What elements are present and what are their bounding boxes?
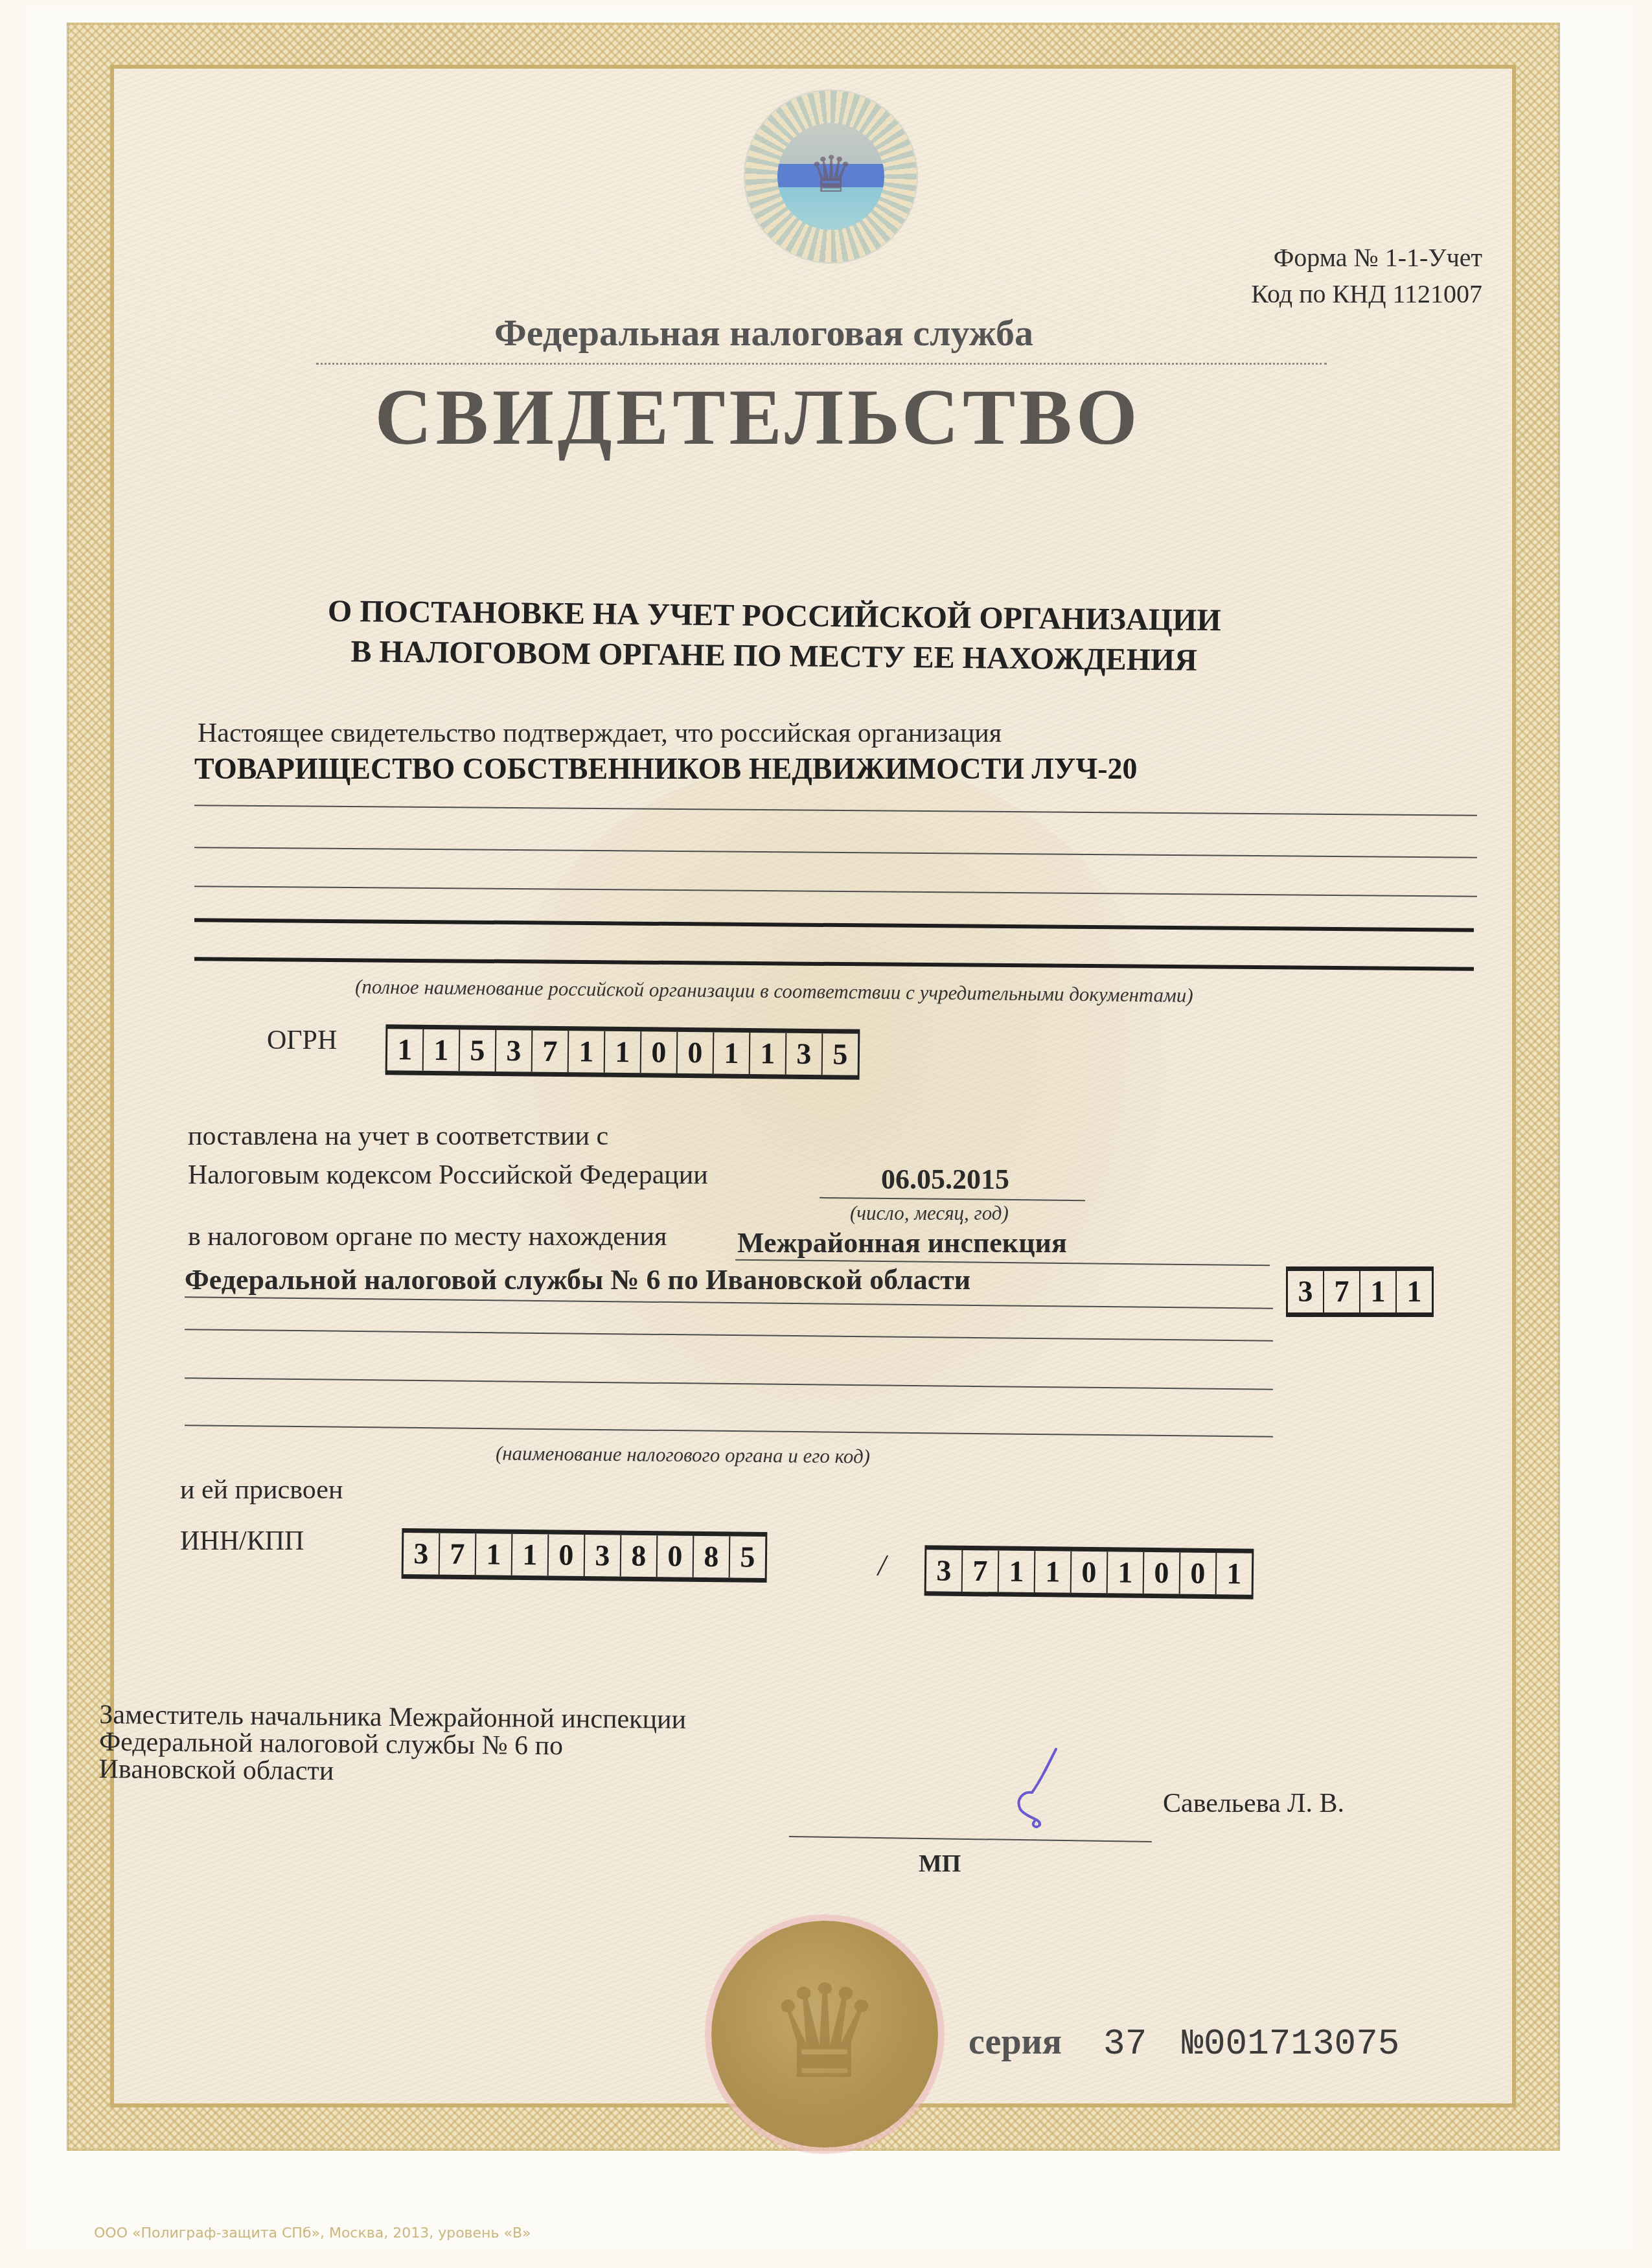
inn-digit: 8 — [694, 1536, 731, 1578]
serial-series: 37 — [1103, 2023, 1147, 2065]
serial-number: серия 37 №001713075 — [969, 2021, 1425, 2065]
ogrn-digit: 1 — [387, 1029, 424, 1071]
kpp-digit: 1 — [1217, 1553, 1252, 1595]
kpp-digit: 0 — [1144, 1552, 1181, 1594]
ogrn-digit: 7 — [533, 1031, 569, 1073]
double-headed-eagle-icon: ♛ — [809, 139, 854, 211]
printer-imprint: ООО «Полиграф-защита СПб», Москва, 2013,… — [94, 2225, 531, 2241]
inn-digit: 1 — [512, 1534, 549, 1576]
agency-name: Федеральная налоговая служба — [0, 311, 1590, 354]
authority-intro: в налоговом органе по месту нахождения — [188, 1221, 667, 1252]
kpp-digit: 1 — [1108, 1552, 1145, 1594]
ogrn-digit: 1 — [569, 1031, 606, 1073]
ogrn-digit: 1 — [750, 1033, 787, 1075]
assignment-intro: и ей присвоен — [180, 1474, 343, 1506]
kpp-digit: 0 — [1180, 1552, 1217, 1594]
signatory-name: Савельева Л. В. — [1163, 1788, 1344, 1819]
authority-name-part-1: Межрайонная инспекция — [737, 1226, 1067, 1259]
authority-code-digit-box: 3711 — [1286, 1266, 1434, 1317]
stamp-placeholder-label: МП — [919, 1850, 961, 1878]
ogrn-digit: 5 — [460, 1029, 497, 1071]
ogrn-digit: 3 — [786, 1033, 823, 1075]
inn-digit: 0 — [549, 1534, 586, 1576]
ogrn-digit: 0 — [678, 1032, 715, 1074]
authority-code-digit: 7 — [1324, 1271, 1360, 1312]
ogrn-digit: 5 — [823, 1033, 858, 1075]
inn-digit: 3 — [404, 1533, 441, 1575]
kpp-digit: 1 — [999, 1551, 1036, 1593]
ogrn-digit-box: 1153711001135 — [385, 1024, 860, 1080]
kpp-digit: 3 — [926, 1550, 963, 1592]
form-number: Форма № 1-1-Учет — [1251, 240, 1482, 276]
agency-divider — [316, 363, 1327, 365]
registration-line-2: Налоговым кодексом Российской Федерации — [188, 1160, 708, 1191]
handwritten-signature-icon — [994, 1746, 1066, 1830]
authority-code-digit: 1 — [1360, 1271, 1397, 1312]
organization-name: ТОВАРИЩЕСТВО СОБСТВЕННИКОВ НЕДВИЖИМОСТИ … — [194, 751, 1138, 786]
serial-label: серия — [969, 2022, 1062, 2062]
kpp-digit: 7 — [963, 1550, 1000, 1592]
inn-kpp-label: ИНН/КПП — [180, 1526, 304, 1557]
ogrn-digit: 0 — [641, 1031, 678, 1073]
gold-seal: ♛ — [711, 1921, 938, 2148]
ogrn-digit: 1 — [714, 1032, 751, 1074]
inn-digit: 3 — [585, 1535, 622, 1577]
kpp-digit: 1 — [1035, 1551, 1072, 1593]
registration-line-1: поставлена на учет в соответствии с — [188, 1121, 608, 1152]
authority-name-part-2: Федеральной налоговой службы № 6 по Иван… — [185, 1263, 970, 1296]
ogrn-digit: 1 — [605, 1031, 642, 1073]
form-identifier: Форма № 1-1-Учет Код по КНД 1121007 — [1251, 240, 1482, 312]
inn-kpp-separator: / — [878, 1548, 886, 1583]
intro-text: Настоящее свидетельство подтверждает, чт… — [198, 718, 1002, 749]
inn-digit: 1 — [476, 1533, 513, 1575]
signatory-position: Заместитель начальника Межрайонной инспе… — [98, 1701, 686, 1788]
document-title: СВИДЕТЕЛЬСТВО — [0, 372, 1584, 463]
inn-digit: 7 — [440, 1533, 477, 1575]
inn-digit-box: 3711038085 — [402, 1528, 768, 1583]
coat-of-arms-watermark-icon — [492, 764, 1166, 1451]
ogrn-label: ОГРН — [267, 1025, 337, 1056]
document-subtitle: О ПОСТАНОВКЕ НА УЧЕТ РОССИЙСКОЙ ОРГАНИЗА… — [0, 588, 1601, 685]
inn-digit: 0 — [658, 1535, 694, 1577]
date-caption: (число, месяц, год) — [850, 1202, 1009, 1225]
authority-caption: (наименование налогового органа и его ко… — [496, 1441, 870, 1468]
ogrn-digit: 3 — [496, 1030, 533, 1072]
fns-hologram-emblem-icon: ♛ — [745, 91, 917, 262]
authority-code-digit: 1 — [1397, 1271, 1432, 1312]
serial-number-value: №001713075 — [1182, 2023, 1399, 2065]
kpp-digit-box: 371101001 — [924, 1545, 1254, 1599]
inn-digit: 5 — [730, 1536, 766, 1578]
authority-code-digit: 3 — [1288, 1271, 1324, 1312]
ogrn-digit: 1 — [424, 1029, 461, 1071]
knd-code: Код по КНД 1121007 — [1251, 276, 1482, 312]
embossed-eagle-icon: ♛ — [711, 1921, 938, 2148]
inn-digit: 8 — [621, 1535, 658, 1577]
registration-date: 06.05.2015 — [881, 1163, 1009, 1196]
kpp-digit: 0 — [1072, 1552, 1108, 1594]
